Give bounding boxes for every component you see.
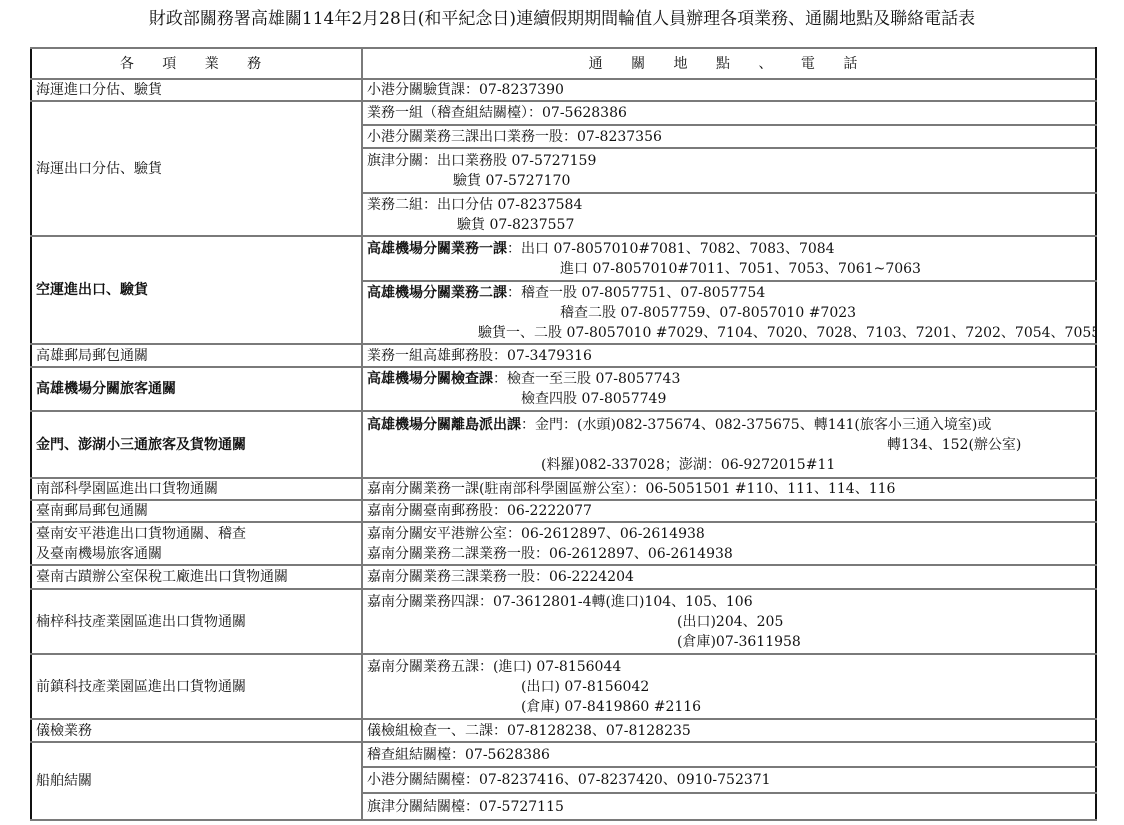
contact-cell: 旗津分關結關檯：07-5727115: [362, 793, 1096, 820]
service-cell: 海運進口分估、驗貨: [31, 79, 362, 101]
contact-line: 檢查四股 07-8057749: [367, 389, 1091, 409]
contact-line: 嘉南分關業務四課：07-3612801-4轉(進口)104、105、106: [367, 592, 1091, 612]
contact-line: ：檢查一至三股 07-8057743: [493, 371, 680, 387]
contact-cell: 業務一組（稽查組結關檯）：07-5628386: [362, 101, 1096, 125]
contact-label: 高雄機場分關業務二課: [367, 285, 507, 301]
service-cell: 前鎮科技產業園區進出口貨物通關: [31, 654, 362, 719]
contact-cell: 小港分關結關檯：07-8237416、07-8237420、0910-75237…: [362, 767, 1096, 793]
table-row: 高雄機場分關旅客通關 高雄機場分關檢查課：檢查一至三股 07-8057743 檢…: [31, 367, 1096, 411]
contact-cell: 高雄機場分關檢查課：檢查一至三股 07-8057743 檢查四股 07-8057…: [362, 367, 1096, 411]
table-row: 前鎮科技產業園區進出口貨物通關 嘉南分關業務五課：(進口) 07-8156044…: [31, 654, 1096, 719]
contact-line: (出口) 07-8156042: [367, 677, 1091, 697]
contact-cell: 嘉南分關業務五課：(進口) 07-8156044 (出口) 07-8156042…: [362, 654, 1096, 719]
table-row: 海運出口分估、驗貨 業務一組（稽查組結關檯）：07-5628386: [31, 101, 1096, 125]
contact-line: 業務二組：出口分估 07-8237584: [367, 195, 1091, 215]
contact-label: 高雄機場分關離島派出課: [367, 417, 521, 433]
contact-line: 驗貨 07-8237557: [367, 215, 1091, 235]
contact-cell: 稽查組結關檯：07-5628386: [362, 742, 1096, 767]
service-cell: 臺南古蹟辦公室保稅工廠進出口貨物通關: [31, 565, 362, 589]
service-cell: 臺南郵局郵包通關: [31, 500, 362, 522]
contact-line: 稽查二股 07-8057759、07-8057010 #7023: [367, 303, 1091, 323]
contact-cell: 小港分關驗貨課：07-8237390: [362, 79, 1096, 101]
service-cell: 高雄機場分關旅客通關: [31, 367, 362, 411]
table-row: 臺南郵局郵包通關 嘉南分關臺南郵務股：06-2222077: [31, 500, 1096, 522]
contact-line: 旗津分關：出口業務股 07-5727159: [367, 151, 1091, 171]
table-row: 楠梓科技產業園區進出口貨物通關 嘉南分關業務四課：07-3612801-4轉(進…: [31, 589, 1096, 654]
contact-cell: 高雄機場分關離島派出課：金門：(水頭)082-375674、082-375675…: [362, 411, 1096, 478]
contact-line: (倉庫) 07-8419860 #2116: [367, 697, 1091, 717]
service-cell: 臺南安平港進出口貨物通關、稽查 及臺南機場旅客通關: [31, 522, 362, 565]
table-row: 南部科學園區進出口貨物通關 嘉南分關業務一課(駐南部科學園區辦公室）：06-50…: [31, 478, 1096, 500]
service-cell: 南部科學園區進出口貨物通關: [31, 478, 362, 500]
table-row: 臺南古蹟辦公室保稅工廠進出口貨物通關 嘉南分關業務三課業務一股：06-22242…: [31, 565, 1096, 589]
service-cell: 海運出口分估、驗貨: [31, 101, 362, 236]
contact-cell: 旗津分關：出口業務股 07-5727159 驗貨 07-5727170: [362, 148, 1096, 193]
document-title: 財政部關務署高雄關114年2月28日(和平紀念日)連續假期期間輪值人員辦理各項業…: [0, 4, 1124, 29]
service-line: 及臺南機場旅客通關: [36, 544, 357, 564]
contact-line: ：稽查一股 07-8057751、07-8057754: [507, 285, 765, 301]
table-row: 海運進口分估、驗貨 小港分關驗貨課：07-8237390: [31, 79, 1096, 101]
service-line: 臺南安平港進出口貨物通關、稽查: [36, 524, 357, 544]
contact-cell: 業務二組：出口分估 07-8237584 驗貨 07-8237557: [362, 193, 1096, 236]
contact-cell: 高雄機場分關業務二課：稽查一股 07-8057751、07-8057754 稽查…: [362, 281, 1096, 344]
service-cell: 高雄郵局郵包通關: [31, 344, 362, 367]
contact-cell: 嘉南分關安平港辦公室：06-2612897、06-2614938 嘉南分關業務二…: [362, 522, 1096, 565]
table-row: 儀檢業務 儀檢組檢查一、二課：07-8128238、07-8128235: [31, 719, 1096, 742]
contact-cell: 儀檢組檢查一、二課：07-8128238、07-8128235: [362, 719, 1096, 742]
service-cell: 楠梓科技產業園區進出口貨物通關: [31, 589, 362, 654]
contact-cell: 嘉南分關業務三課業務一股：06-2224204: [362, 565, 1096, 589]
contact-cell: 嘉南分關業務一課(駐南部科學園區辦公室）：06-5051501 #110、111…: [362, 478, 1096, 500]
service-cell: 船舶結關: [31, 742, 362, 820]
contact-cell: 高雄機場分關業務一課：出口 07-8057010#7081、7082、7083、…: [362, 236, 1096, 281]
contact-cell: 嘉南分關業務四課：07-3612801-4轉(進口)104、105、106 (出…: [362, 589, 1096, 654]
contact-line: (出口)204、205: [367, 612, 1091, 632]
contact-line: 嘉南分關業務二課業務一股：06-2612897、06-2614938: [367, 544, 1091, 564]
contact-line: 轉134、152(辦公室): [367, 435, 1091, 455]
contact-line: ：金門：(水頭)082-375674、082-375675、轉141(旅客小三通…: [521, 417, 991, 433]
contact-line: (料羅)082-337028；澎湖：06-9272015#11: [367, 455, 1091, 475]
service-cell: 金門、澎湖小三通旅客及貨物通關: [31, 411, 362, 478]
table-row: 空運進出口、驗貨 高雄機場分關業務一課：出口 07-8057010#7081、7…: [31, 236, 1096, 281]
contact-line: 嘉南分關安平港辦公室：06-2612897、06-2614938: [367, 524, 1091, 544]
service-cell: 空運進出口、驗貨: [31, 236, 362, 344]
contact-line: 驗貨一、二股 07-8057010 #7029、7104、7020、7028、7…: [367, 323, 1091, 343]
table-row: 高雄郵局郵包通關 業務一組高雄郵務股：07-3479316: [31, 344, 1096, 367]
contact-table: 各 項 業 務 通 關 地 點 、 電 話 海運進口分估、驗貨 小港分關驗貨課：…: [30, 47, 1097, 821]
table-row: 船舶結關 稽查組結關檯：07-5628386: [31, 742, 1096, 767]
header-service: 各 項 業 務: [31, 48, 362, 79]
contact-line: 進口 07-8057010#7011、7051、7053、7061~7063: [367, 259, 1091, 279]
table-row: 金門、澎湖小三通旅客及貨物通關 高雄機場分關離島派出課：金門：(水頭)082-3…: [31, 411, 1096, 478]
table-header-row: 各 項 業 務 通 關 地 點 、 電 話: [31, 48, 1096, 79]
contact-cell: 小港分關業務三課出口業務一股：07-8237356: [362, 125, 1096, 148]
contact-line: 嘉南分關業務五課：(進口) 07-8156044: [367, 657, 1091, 677]
contact-label: 高雄機場分關檢查課: [367, 371, 493, 387]
contact-line: 驗貨 07-5727170: [367, 171, 1091, 191]
table-row: 臺南安平港進出口貨物通關、稽查 及臺南機場旅客通關 嘉南分關安平港辦公室：06-…: [31, 522, 1096, 565]
contact-line: ：出口 07-8057010#7081、7082、7083、7084: [507, 241, 835, 257]
contact-line: (倉庫)07-3611958: [367, 632, 1091, 652]
contact-cell: 業務一組高雄郵務股：07-3479316: [362, 344, 1096, 367]
header-location-phone: 通 關 地 點 、 電 話: [362, 48, 1096, 79]
contact-label: 高雄機場分關業務一課: [367, 241, 507, 257]
service-cell: 儀檢業務: [31, 719, 362, 742]
contact-cell: 嘉南分關臺南郵務股：06-2222077: [362, 500, 1096, 522]
